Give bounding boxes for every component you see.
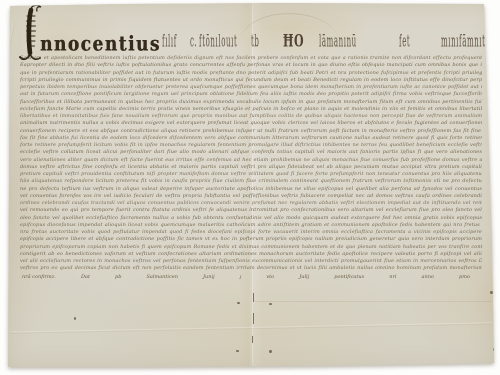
manuscript-line: vel alii ecclefiarum rectores in monacho… <box>20 258 482 265</box>
manuscript-line: fas fit fine abbatis fui licentia de eod… <box>20 135 482 142</box>
date-token: nrã confirmz. <box>22 273 56 281</box>
date-token: Salmanticen <box>146 273 178 281</box>
speck-mark <box>493 348 496 351</box>
speck-mark <box>237 302 240 304</box>
dating-clause: nrã confirmz.DatpbSalmanticenJunijȷvtoJu… <box>22 273 470 281</box>
speck-mark <box>490 291 493 294</box>
manuscript-line: vero alienationes aliter quam dictum eft… <box>20 157 482 164</box>
heading-elongated-script: fılıfc.ftōnılouıttbĦOlāmanınūfetmınıfāmn… <box>0 0 500 54</box>
elongated-script-token: ftōnılouıt <box>199 32 237 51</box>
manuscript-line: animalium nutrimentis nullus a vobis dec… <box>20 120 482 127</box>
manuscript-line: nra fretus auctoritate vobis quod poftul… <box>20 229 482 236</box>
manuscript-line: fcripti priuilegio communimus in primis … <box>20 77 482 84</box>
manuscript-line: ecclefie veftre collatum liceat alicui p… <box>20 149 482 156</box>
manuscript-line: conuerfionem recipere et eos abfque cont… <box>20 128 482 135</box>
speck-mark <box>236 350 239 352</box>
date-token: anno <box>422 273 434 281</box>
elongated-script-token: fılıf <box>162 32 177 51</box>
manuscript-line: aut in futurum conceffione pontificum la… <box>20 91 482 98</box>
manuscript-line: ecclefiam fancte Marie cum capellis deci… <box>20 106 482 113</box>
manuscript-line: Salutem et apostolicam beneditionem iuft… <box>20 55 482 62</box>
speck-mark <box>488 363 491 365</box>
date-token: pmo <box>459 273 470 281</box>
date-token: vto <box>266 273 274 281</box>
speck-mark <box>74 317 76 320</box>
manuscript-line: oleo fancto vel quolibet ecclefiaftico f… <box>20 215 482 222</box>
manuscript-line: veftros pro eo quod decimas ficut dictum… <box>20 265 482 272</box>
manuscript-line: forte retinere prefumpferit licitum vobi… <box>20 142 482 149</box>
date-token: Dat <box>81 273 90 281</box>
elongated-script-token: mınıfāmnıt <box>441 32 486 51</box>
fold-crease-faint <box>255 301 492 302</box>
date-token: Junij <box>203 273 215 281</box>
manuscript-line: epifcopus diocefanus impendat alioquin l… <box>20 222 482 229</box>
manuscript-line: pretium capituli veftri prouidentia conf… <box>20 171 482 178</box>
manuscript-line: fuccefforibus et illibata permaneant in … <box>20 99 482 106</box>
speck-mark <box>253 313 254 324</box>
elongated-script-token: ·: <box>486 32 492 51</box>
manuscript-line: vel conuentus forenfes vos ire vel iudic… <box>20 193 482 200</box>
elongated-script-token: tb <box>251 32 260 51</box>
elongated-script-token: lāmanınū <box>319 32 357 51</box>
manuscript-line: contigerit ab eo benedictiones vaforum e… <box>20 251 482 258</box>
elongated-script-token: c. <box>190 32 197 51</box>
speck-mark <box>253 293 254 302</box>
date-token: ȷ <box>240 273 242 281</box>
date-token: Julij <box>299 273 309 281</box>
manuscript-line: libertatibus et immunitatibus fuis fane … <box>20 113 482 120</box>
fold-crease-horizontal <box>10 322 492 333</box>
speck-mark <box>269 350 272 353</box>
parchment-sheet: nnocentius fılıfc.ftōnılouıttbĦOlāmanınū… <box>0 0 500 375</box>
manuscript-line: domus veftre aftrictus fine confenfu et … <box>20 164 482 171</box>
manuscript-line: hiis aliquatenus refpondere licitum pret… <box>20 178 482 185</box>
photograph-of-charter: nnocentius fılıfc.ftōnılouıttbĦOlāmanınū… <box>0 0 500 375</box>
date-token: nri <box>389 273 396 281</box>
date-token: pontificatus <box>334 273 364 281</box>
manuscript-line: perpetuis ibidem temporibus inuiolabilit… <box>20 84 482 91</box>
manuscript-line: ne pro defectu teftium ius veftrum in al… <box>20 186 482 193</box>
manuscript-line: epifcopis accipere libere et abfque cont… <box>20 236 482 243</box>
date-token: pb <box>115 273 121 281</box>
body-text: Salutem et apostolicam beneditionem iuft… <box>20 55 482 273</box>
charter-heading: nnocentius fılıfc.ftōnılouıttbĦOlāmanınū… <box>0 0 500 56</box>
manuscript-line: que in prefentiarum rationabiliter poffi… <box>20 70 482 77</box>
manuscript-line: ordines celebrandi caufas tractandi vel … <box>20 200 482 207</box>
manuscript-line: vel remouendo eo qui pro tempore fuerit … <box>20 207 482 214</box>
speck-mark <box>252 336 253 343</box>
manuscript-line: Eapropter dilecti in dno filii veftris i… <box>20 62 482 69</box>
speck-mark <box>269 303 272 305</box>
parchment-shadow: nnocentius fılıfc.ftōnılouıttbĦOlāmanınū… <box>0 0 500 375</box>
elongated-script-token: ĦO <box>283 31 304 51</box>
elongated-script-token: fet <box>399 32 410 51</box>
manuscript-line: propriorum epifcoporum copiam non habeti… <box>20 244 482 251</box>
